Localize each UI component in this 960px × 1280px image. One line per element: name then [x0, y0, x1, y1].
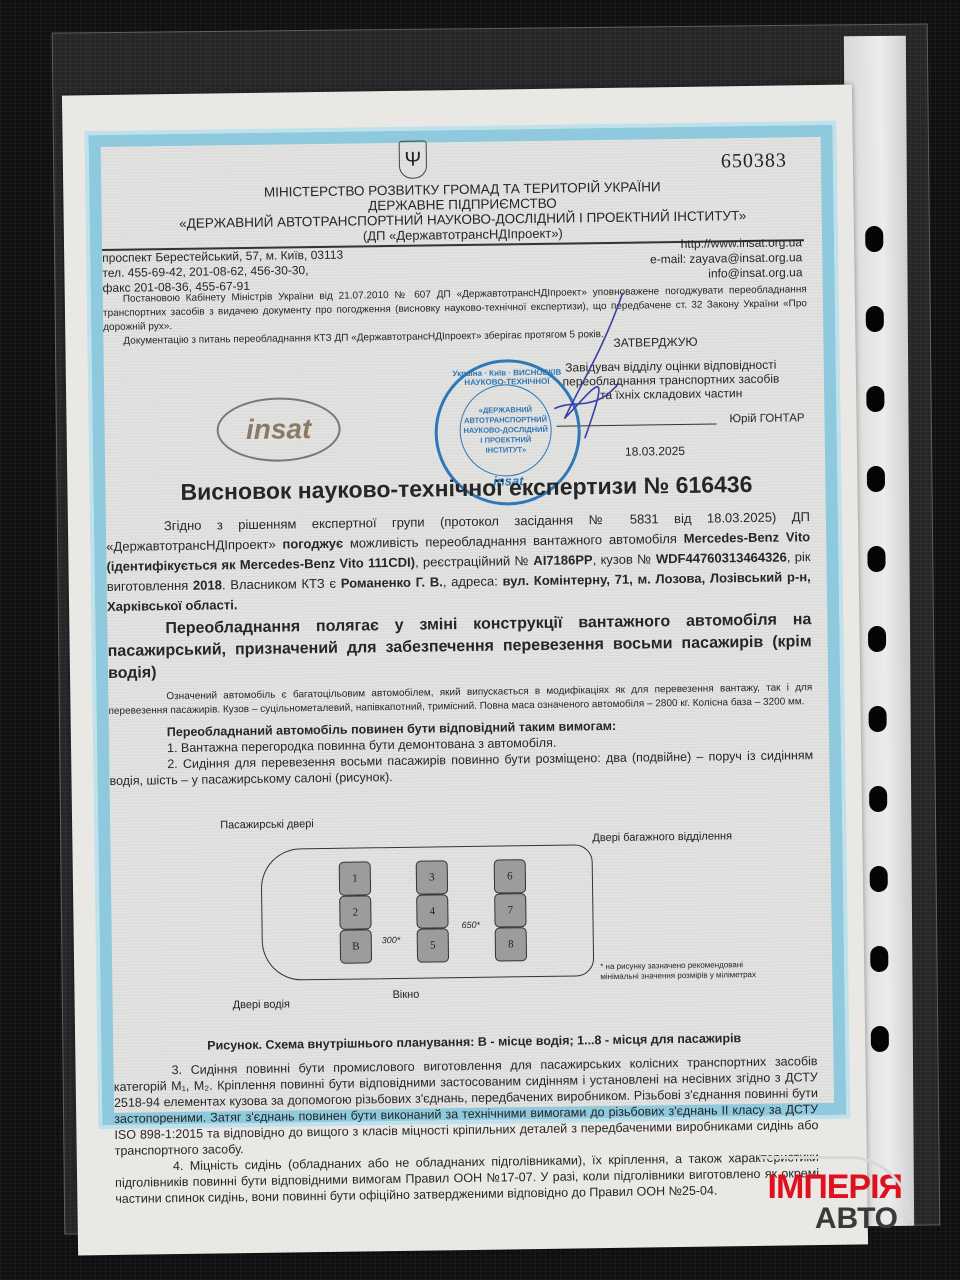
label-cargo-door: Двері багажного відділення: [592, 830, 732, 844]
coat-of-arms-icon: Ψ: [399, 140, 428, 178]
requirement-4: 4. Міцність сидінь (обладнаних або не об…: [115, 1149, 820, 1207]
punch-hole: [870, 866, 888, 892]
punch-hole: [868, 626, 886, 652]
owner-name: Романенко Г. В.: [341, 574, 443, 590]
seat-8: 8: [495, 927, 527, 961]
dimension-note: * на рисунку зазначено рекомендовані мін…: [600, 960, 780, 983]
punch-hole: [871, 1026, 889, 1052]
conversion-statement: Переобладнання полягає у зміні конструкц…: [107, 609, 812, 685]
label-window: Вікно: [392, 989, 419, 1001]
insat-logo-text: insat: [246, 413, 312, 446]
punch-hole: [870, 946, 888, 972]
registration-number: АІ7186РР: [533, 552, 592, 568]
dimension-650: 650*: [461, 920, 480, 930]
punch-hole: [865, 226, 883, 252]
additional-requirements: 3. Сидіння повинні бути промислового виг…: [113, 1053, 819, 1207]
label-passenger-door: Пасажирські двері: [220, 818, 314, 831]
contact-web-block: http://www.insat.org.ua e-mail: zayava@i…: [650, 235, 803, 282]
watermark-logo: ІМПЕРІЯ АВТО: [768, 1170, 902, 1234]
punch-hole: [869, 706, 887, 732]
punch-hole: [866, 386, 884, 412]
conclusion-body: Згідно з рішенням експертної групи (прот…: [106, 507, 814, 789]
signature-scribble-icon: [523, 287, 645, 449]
seat-7: 7: [494, 893, 526, 927]
seating-layout-diagram: Пасажирські двері Двері багажного відділ…: [220, 812, 783, 1030]
intro-paragraph: Згідно з рішенням експертної групи (прот…: [106, 507, 811, 617]
seat-2: 2: [339, 895, 371, 929]
seat-5: 5: [417, 928, 449, 962]
punch-hole: [867, 466, 885, 492]
seat-6: 6: [494, 859, 526, 893]
punch-hole: [869, 786, 887, 812]
punch-hole: [866, 306, 884, 332]
punch-hole: [867, 546, 885, 572]
dimension-300: 300*: [382, 935, 401, 945]
seat-4: 4: [416, 894, 448, 928]
contact-address-block: проспект Берестейський, 57, м. Київ, 031…: [102, 248, 344, 296]
label-driver-door: Двері водія: [233, 998, 290, 1011]
seat-1: 1: [339, 861, 371, 895]
serial-number: 650383: [721, 149, 787, 173]
signer-name: Юрій ГОНТАР: [729, 412, 804, 425]
certificate-paper: Ψ 650383 МІНІСТЕРСТВО РОЗВИТКУ ГРОМАД ТА…: [62, 85, 868, 1256]
vehicle-description: Означений автомобіль є багатоцільовим ав…: [108, 681, 812, 719]
vin-number: WDF44760313464326: [656, 549, 787, 566]
seat-driver: В: [340, 929, 372, 963]
manufacture-year: 2018: [193, 577, 222, 592]
requirement-3: 3. Сидіння повинні бути промислового виг…: [113, 1053, 818, 1159]
seat-3: 3: [416, 860, 448, 894]
info-email: info@insat.org.ua: [650, 265, 802, 282]
